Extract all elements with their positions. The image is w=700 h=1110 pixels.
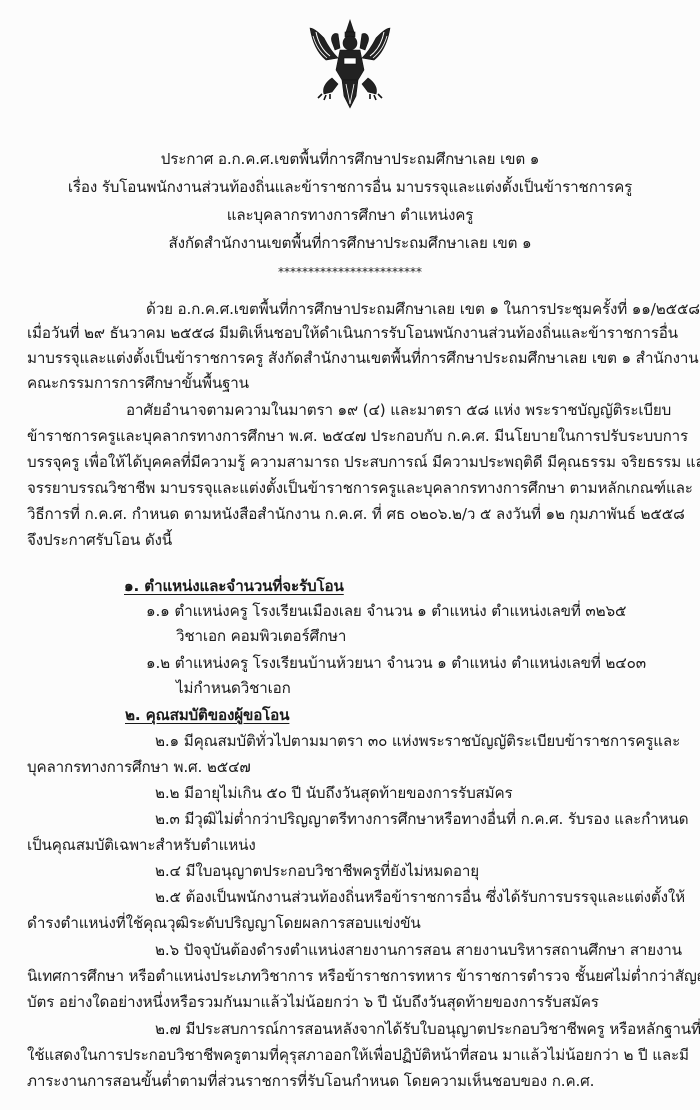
section1-item1-line2: วิชาเอก คอมพิวเตอร์ศึกษา	[176, 626, 346, 646]
intro-p1-line3: มาบรรจุและแต่งตั้งเป็นข้าราชการครู สังกั…	[27, 348, 698, 368]
announcement-subject: เรื่อง รับโอนพนักงานส่วนท้องถิ่นและข้ารา…	[0, 177, 700, 197]
intro-p2-line4: จรรยาบรรณวิชาชีพ มาบรรจุและแต่งตั้งเป็นข…	[27, 478, 693, 498]
section2-item5-line1: ๒.๕ ต้องเป็นพนักงานส่วนท้องถิ่นหรือข้ารา…	[155, 887, 685, 907]
section2-item1-line1: ๒.๑ มีคุณสมบัติทั่วไปตามมาตรา ๓๐ แห่งพระ…	[155, 731, 680, 751]
section2-item4-line1: ๒.๔ มีใบอนุญาตประกอบวิชาชีพครูที่ยังไม่ห…	[155, 861, 479, 881]
section1-item1-line1: ๑.๑ ตำแหน่งครู โรงเรียนเมืองเลย จำนวน ๑ …	[146, 601, 626, 621]
section2-item2-line1: ๒.๒ มีอายุไม่เกิน ๕๐ ปี นับถึงวันสุดท้าย…	[155, 783, 513, 803]
section2-item5-line2: ดำรงตำแหน่งที่ใช้คุณวุฒิระดับปริญญาโดยผล…	[27, 913, 421, 933]
announcement-page: ประกาศ อ.ก.ค.ศ.เขตพื้นที่การศึกษาประถมศึ…	[0, 0, 700, 1110]
announcement-title: ประกาศ อ.ก.ค.ศ.เขตพื้นที่การศึกษาประถมศึ…	[0, 149, 700, 169]
section2-item7-line1: ๒.๗ มีประสบการณ์การสอนหลังจากได้รับใบอนุ…	[155, 1019, 700, 1039]
separator-stars: ************************	[0, 262, 700, 282]
intro-p1-line4: คณะกรรมการการศึกษาขั้นพื้นฐาน	[27, 373, 249, 393]
announcement-subject-line2: และบุคลากรทางการศึกษา ตำแหน่งครู	[0, 205, 700, 225]
announcement-affiliation: สังกัดสำนักงานเขตพื้นที่การศึกษาประถมศึก…	[0, 233, 700, 253]
section2-item3-line1: ๒.๓ มีวุฒิไม่ต่ำกว่าปริญญาตรีทางการศึกษา…	[155, 809, 689, 829]
section2-item7-line3: ภาระงานการสอนขั้นต่ำตามที่ส่วนราชการที่ร…	[27, 1071, 594, 1091]
section2-item6-line1: ๒.๖ ปัจจุบันต้องดำรงตำแหน่งสายงานการสอน …	[155, 940, 682, 960]
intro-p2-line5: วิธีการที่ ก.ค.ศ. กำหนด ตามหนังสือสำนักง…	[27, 504, 685, 524]
section2-item6-line3: บัตร อย่างใดอย่างหนึ่งหรือรวมกันมาแล้วไม…	[27, 992, 599, 1012]
intro-p1-line2: เมื่อวันที่ ๒๙ ธันวาคม ๒๕๕๘ มีมติเห็นชอบ…	[27, 323, 678, 343]
section2-item6-line2: นิเทศการศึกษา หรือตำแหน่งประเภทวิชาการ ห…	[27, 966, 700, 986]
section2-item3-line2: เป็นคุณสมบัติเฉพาะสำหรับตำแหน่ง	[27, 835, 256, 855]
intro-p2-line3: บรรจุครู เพื่อให้ได้บุคคลที่มีความรู้ คว…	[27, 452, 700, 472]
section1-item2-line2: ไม่กำหนดวิชาเอก	[176, 678, 291, 698]
intro-p1-line1: ด้วย อ.ก.ค.ศ.เขตพื้นที่การศึกษาประถมศึกษ…	[146, 299, 700, 319]
section2-heading: ๒. คุณสมบัติของผู้ขอโอน	[125, 705, 289, 725]
intro-p2-line1: อาศัยอำนาจตามความในมาตรา ๑๙ (๔) และมาตรา…	[126, 400, 671, 420]
section1-item2-line1: ๑.๒ ตำแหน่งครู โรงเรียนบ้านห้วยนา จำนวน …	[146, 653, 646, 673]
section2-item1-line2: บุคลากรทางการศึกษา พ.ศ. ๒๕๔๗	[27, 757, 251, 777]
section2-item7-line2: ใช้แสดงในการประกอบวิชาชีพครูตามที่คุรุสภ…	[27, 1045, 689, 1065]
intro-p2-line2: ข้าราชการครูและบุคลากรทางการศึกษา พ.ศ. ๒…	[27, 426, 688, 446]
intro-p2-line6: จึงประกาศรับโอน ดังนี้	[27, 530, 172, 550]
section1-heading: ๑. ตำแหน่งและจำนวนที่จะรับโอน	[124, 576, 344, 596]
garuda-emblem-icon	[302, 18, 398, 118]
